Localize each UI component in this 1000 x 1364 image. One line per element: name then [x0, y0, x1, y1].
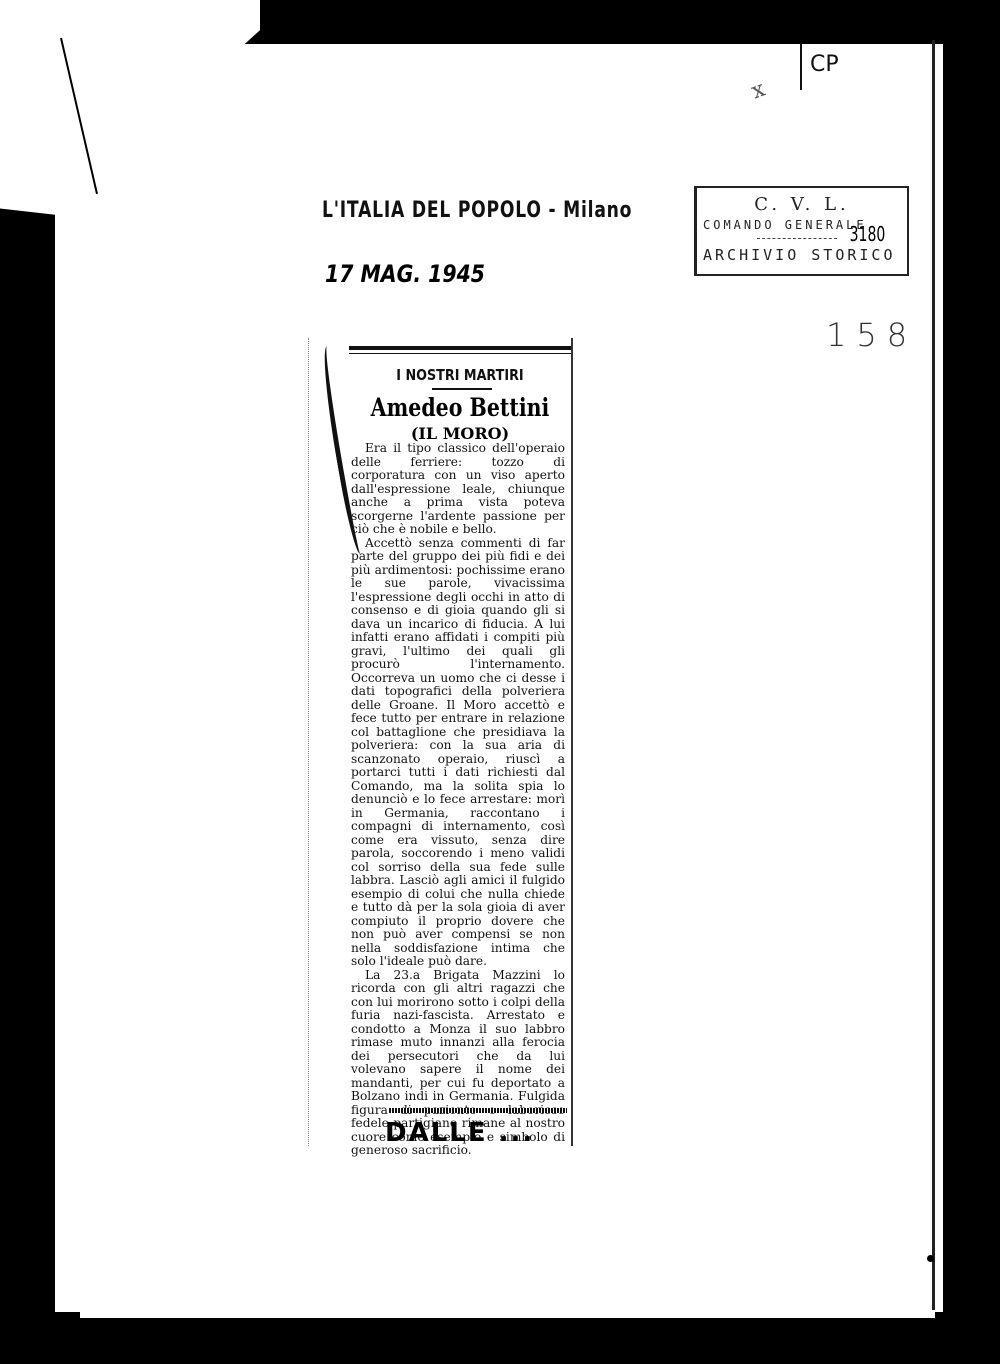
top-rule — [349, 346, 571, 350]
date-stamp: 17 MAG. 1945 — [325, 260, 485, 288]
archive-number: 3180 — [850, 222, 886, 246]
article-headline: Amedeo Bettini — [369, 393, 551, 422]
bottom-rule — [389, 1108, 567, 1113]
next-article-headline: DALLE ... — [385, 1118, 534, 1144]
paragraph: Accettò senza commenti di far parte del … — [351, 537, 565, 969]
stamp-dash — [757, 238, 837, 239]
margin-divider — [800, 44, 802, 90]
stamp-line-3: ARCHIVIO STORICO — [703, 246, 907, 264]
article-body: Era il tipo classico dell'operaio delle … — [351, 442, 565, 1158]
stamp-line-1: C. V. L. — [697, 194, 907, 215]
ink-dot — [927, 1255, 934, 1262]
archive-stamp: C. V. L. COMANDO GENERALE 3180 ARCHIVIO … — [694, 186, 909, 276]
section-kicker: I NOSTRI MARTIRI — [366, 366, 555, 384]
kicker-rule — [432, 388, 492, 390]
corner-note: CP — [810, 52, 839, 77]
newspaper-source: L'ITALIA DEL POPOLO - Milano — [322, 198, 632, 223]
page-edge — [932, 40, 935, 1310]
top-rule-thin — [349, 353, 571, 354]
handwritten-page-number: 158 — [826, 316, 917, 354]
underlying-page-edge — [80, 1300, 935, 1318]
paragraph: Era il tipo classico dell'operaio delle … — [351, 442, 565, 537]
